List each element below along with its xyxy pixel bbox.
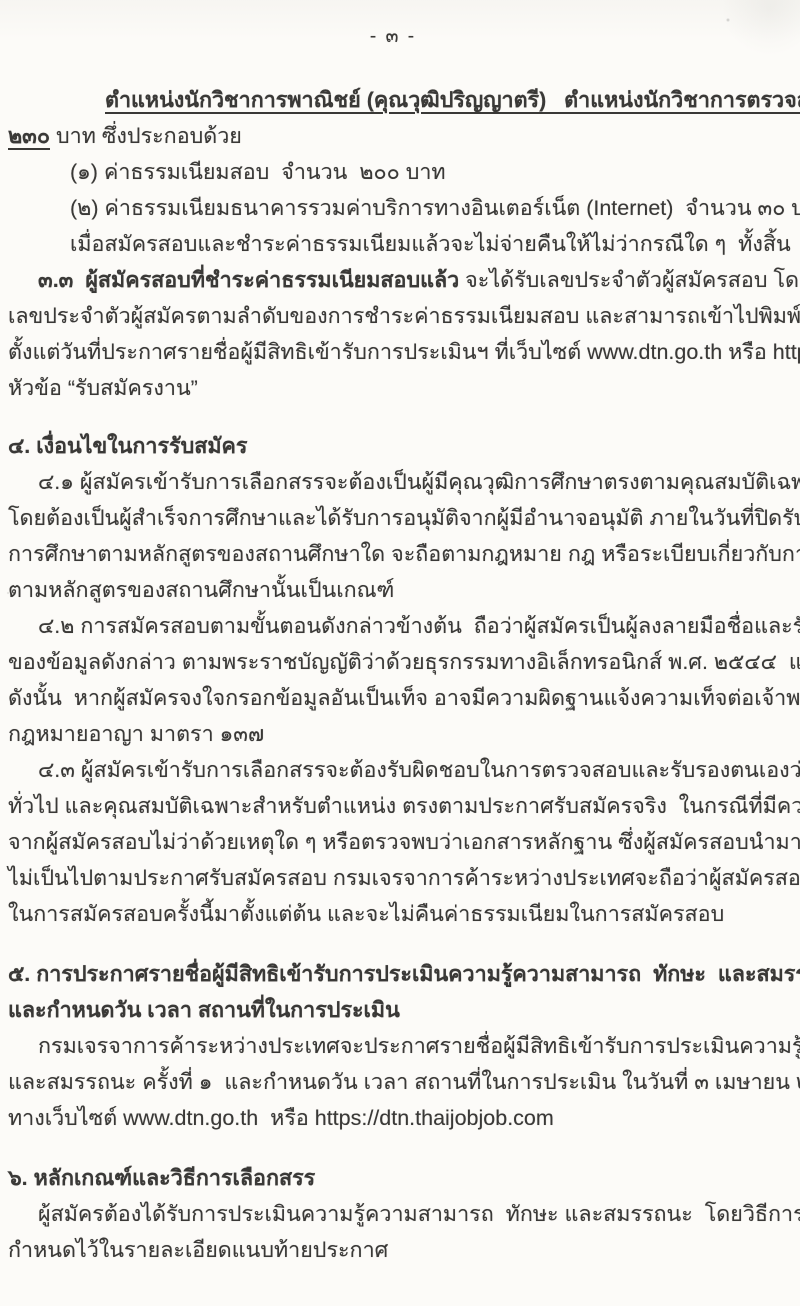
- clause-4-1-line-3: การศึกษาตามหลักสูตรของสถานศึกษาใด จะถือต…: [8, 536, 778, 572]
- section-6-para-line-1: ผู้สมัครต้องได้รับการประเมินความรู้ความส…: [8, 1196, 778, 1232]
- clause-3-3-line-2: เลขประจำตัวผู้สมัครตามลำดับของการชำระค่า…: [8, 298, 778, 334]
- clause-4-2-line-3: ดังนั้น หากผู้สมัครจงใจกรอกข้อมูลอันเป็น…: [8, 680, 778, 716]
- clause-3-3-line-4: หัวข้อ “รับสมัครงาน”: [8, 370, 778, 406]
- clause-4-2-line-2: ของข้อมูลดังกล่าว ตามพระราชบัญญัติว่าด้ว…: [8, 644, 778, 680]
- fee-item-2: (๒) ค่าธรรมเนียมธนาคารรวมค่าบริการทางอิน…: [8, 190, 778, 226]
- clause-4-3-line-4: ไม่เป็นไปตามประกาศรับสมัครสอบ กรมเจรจากา…: [8, 860, 778, 896]
- intro-heading-line: ตำแหน่งนักวิชาการพาณิชย์ (คุณวุฒิปริญญาต…: [8, 82, 778, 118]
- intro-heading-line-2: ๒๓๐ บาท ซึ่งประกอบด้วย: [8, 118, 778, 154]
- fee-total-unit-text: บาท ซึ่งประกอบด้วย: [50, 124, 242, 148]
- clause-4-1-line-2: โดยต้องเป็นผู้สำเร็จการศึกษาและได้รับการ…: [8, 500, 778, 536]
- fee-item-1: (๑) ค่าธรรมเนียมสอบ จำนวน ๒๐๐ บาท: [8, 154, 778, 190]
- clause-3-3-lead: ๓.๓ ผู้สมัครสอบที่ชำระค่าธรรมเนียมสอบแล้…: [38, 268, 459, 292]
- clause-3-3-line-3: ตั้งแต่วันที่ประกาศรายชื่อผู้มีสิทธิเข้า…: [8, 334, 778, 370]
- clause-4-2-line-1: ๔.๒ การสมัครสอบตามขั้นตอนดังกล่าวข้างต้น…: [8, 608, 778, 644]
- clause-4-1-line-1: ๔.๑ ผู้สมัครเข้ารับการเลือกสรรจะต้องเป็น…: [8, 464, 778, 500]
- scanned-document-page: - ๓ - ตำแหน่งนักวิชาการพาณิชย์ (คุณวุฒิป…: [0, 0, 800, 1306]
- section-6-heading: ๖. หลักเกณฑ์และวิธีการเลือกสรร: [8, 1160, 778, 1196]
- section-6-para-line-2: กำหนดไว้ในรายละเอียดแนบท้ายประกาศ: [8, 1232, 778, 1268]
- section-5-para-line-1: กรมเจรจาการค้าระหว่างประเทศจะประกาศรายชื…: [8, 1028, 778, 1064]
- clause-3-3-line-1-rest: จะได้รับเลขประจำตัวผู้สมัครสอบ โดยกำหนด: [459, 268, 800, 292]
- clause-4-3-line-5: ในการสมัครสอบครั้งนี้มาตั้งแต่ต้น และจะไ…: [8, 896, 778, 932]
- clause-3-3-line-1: ๓.๓ ผู้สมัครสอบที่ชำระค่าธรรมเนียมสอบแล้…: [8, 262, 778, 298]
- section-5-para-line-2: และสมรรถนะ ครั้งที่ ๑ และกำหนดวัน เวลา ส…: [8, 1064, 778, 1100]
- section-4-heading: ๔. เงื่อนไขในการรับสมัคร: [8, 428, 778, 464]
- clause-4-3-line-1: ๔.๓ ผู้สมัครเข้ารับการเลือกสรรจะต้องรับผ…: [8, 752, 778, 788]
- section-5-para-line-3: ทางเว็บไซต์ www.dtn.go.th หรือ https://d…: [8, 1100, 778, 1136]
- section-5-heading-line-1: ๕. การประกาศรายชื่อผู้มีสิทธิเข้ารับการป…: [8, 956, 778, 992]
- fee-note: เมื่อสมัครสอบและชำระค่าธรรมเนียมแล้วจะไม…: [8, 226, 778, 262]
- clause-4-2-line-4: กฎหมายอาญา มาตรา ๑๓๗: [8, 716, 778, 752]
- fee-total-amount: ๒๓๐: [8, 124, 50, 148]
- clause-4-1-line-4: ตามหลักสูตรของสถานศึกษานั้นเป็นเกณฑ์: [8, 572, 778, 608]
- clause-4-3-line-2: ทั่วไป และคุณสมบัติเฉพาะสำหรับตำแหน่ง ตร…: [8, 788, 778, 824]
- section-5-heading-line-2: และกำหนดวัน เวลา สถานที่ในการประเมิน: [8, 992, 778, 1028]
- page-number: - ๓ -: [8, 24, 778, 50]
- clause-4-3-line-3: จากผู้สมัครสอบไม่ว่าด้วยเหตุใด ๆ หรือตรว…: [8, 824, 778, 860]
